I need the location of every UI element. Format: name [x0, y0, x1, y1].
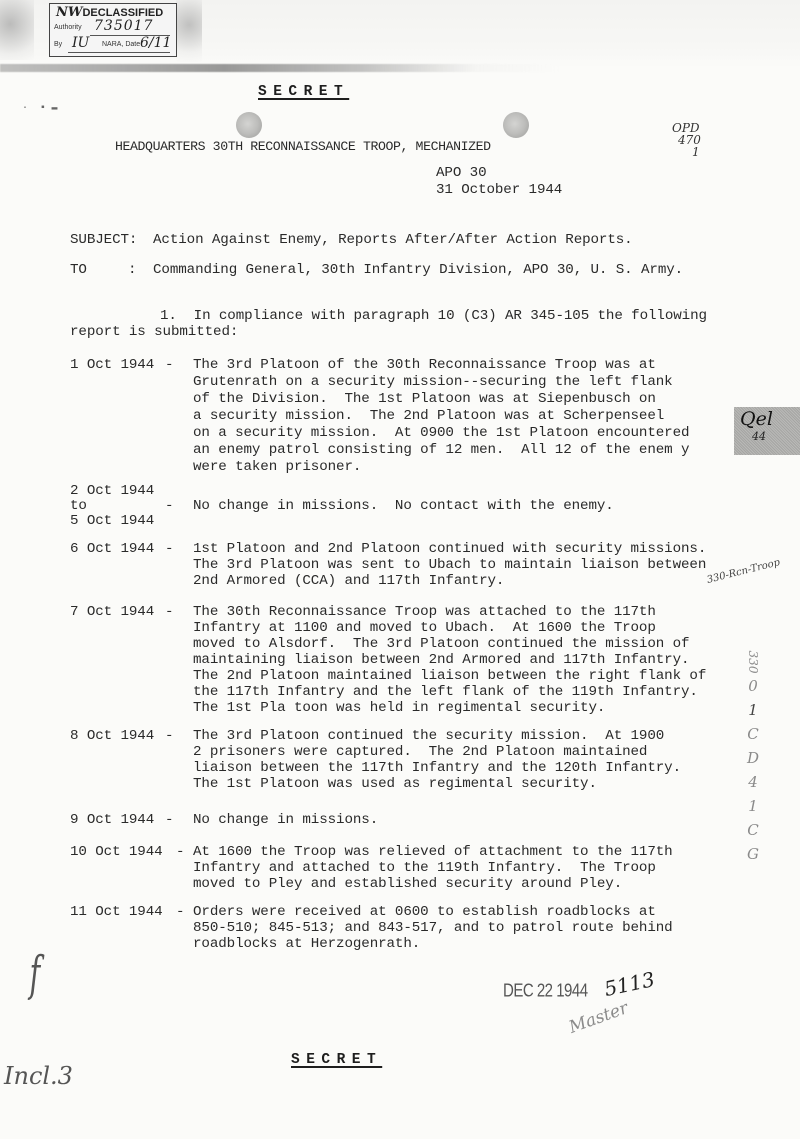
- paragraph-1-line-2: report is submitted:: [70, 323, 238, 342]
- side-tab-number: 44: [752, 430, 766, 443]
- memo-date: 31 October 1944: [436, 181, 562, 200]
- entry-line: 2nd Armored (CCA) and 117th Infantry.: [193, 572, 504, 591]
- scan-fold-line: [0, 64, 560, 72]
- classification-header: SECRET: [258, 84, 349, 100]
- subject-text: Action Against Enemy, Reports After/Afte…: [153, 231, 633, 250]
- punch-hole: [503, 112, 529, 138]
- entry-dash: -: [165, 497, 173, 516]
- file-digit: 0: [738, 674, 768, 698]
- stamp-by-value: IU: [72, 35, 89, 51]
- handwritten-inclosure-note: Incl.3: [4, 1062, 73, 1090]
- stamp-authority-label: Authority: [54, 24, 82, 31]
- handwritten-file-number: 5113: [602, 967, 657, 1001]
- scan-edge-shadow: [0, 0, 34, 60]
- received-date-stamp: DEC 22 1944: [503, 980, 588, 1001]
- scan-speck: · ▪ ▬: [22, 99, 57, 118]
- stamp-date-value: 6/11: [140, 35, 171, 51]
- entry-dash: -: [165, 603, 173, 622]
- entry-dash: -: [176, 843, 184, 862]
- handwritten-opd: OPD 470 1: [672, 122, 701, 158]
- file-digit: 4: [738, 770, 768, 794]
- entry-date: 6 Oct 1944: [70, 540, 154, 559]
- classification-label: SECRET: [291, 1052, 382, 1068]
- vertical-file-number: 330 0 1 C D 4 1 C G: [738, 650, 768, 866]
- handwritten-master-note: Master: [566, 998, 630, 1038]
- file-digit: 330: [741, 647, 765, 677]
- entry-dash: -: [165, 811, 173, 830]
- entry-line: No change in missions. No contact with t…: [193, 497, 614, 516]
- entry-date-end: 5 Oct 1944: [70, 512, 154, 531]
- to-label: TO: [70, 261, 87, 280]
- handwritten-scribble: 330-Rcn-Troop: [706, 557, 781, 586]
- stamp-underline: [68, 52, 170, 53]
- file-digit: 1: [738, 794, 768, 818]
- classification-label: SECRET: [258, 84, 349, 100]
- entry-date: 1 Oct 1944: [70, 356, 154, 375]
- scan-edge-shadow: [176, 0, 202, 62]
- entry-dash: -: [176, 903, 184, 922]
- stamp-prefix: NW: [56, 5, 82, 20]
- entry-line: No change in missions.: [193, 811, 378, 830]
- paragraph-1-line-1: 1. In compliance with paragraph 10 (C3) …: [160, 307, 707, 326]
- entry-date: 9 Oct 1944: [70, 811, 154, 830]
- stamp-nara-label: NARA, Date: [102, 41, 140, 48]
- handwritten-line: 1: [692, 146, 701, 158]
- to-text: Commanding General, 30th Infantry Divisi…: [153, 261, 683, 280]
- to-colon: :: [128, 261, 136, 280]
- side-tab-label: Qel: [740, 408, 773, 430]
- punch-hole: [236, 112, 262, 138]
- file-digit: C: [738, 818, 768, 842]
- file-digit: D: [738, 746, 768, 770]
- entry-dash: -: [165, 540, 173, 559]
- entry-line: moved to Pley and established security a…: [193, 875, 622, 894]
- entry-dash: -: [165, 727, 173, 746]
- unit-heading: HEADQUARTERS 30TH RECONNAISSANCE TROOP, …: [115, 137, 491, 156]
- entry-date: 10 Oct 1944: [70, 843, 163, 862]
- stamp-by-label: By: [54, 41, 62, 48]
- stamp-authority-value: 735017: [94, 18, 153, 34]
- file-digit: C: [738, 722, 768, 746]
- entry-dash: -: [165, 356, 173, 375]
- file-digit: G: [738, 842, 768, 866]
- handwritten-initial: f: [30, 944, 41, 1004]
- entry-line: The 1st Platoon was used as regimental s…: [193, 775, 597, 794]
- subject-label: SUBJECT:: [70, 231, 137, 250]
- entry-line: were taken prisoner.: [193, 458, 361, 477]
- entry-date: 8 Oct 1944: [70, 727, 154, 746]
- entry-date: 11 Oct 1944: [70, 903, 163, 922]
- entry-date: 7 Oct 1944: [70, 603, 154, 622]
- declassified-stamp: NWDECLASSIFIED Authority 735017 By IU NA…: [49, 3, 177, 57]
- file-digit: 1: [738, 698, 768, 722]
- classification-footer: SECRET: [291, 1052, 382, 1068]
- entry-line: roadblocks at Herzogenrath.: [193, 935, 420, 954]
- entry-line: The 1st Pla toon was held in regimental …: [193, 699, 605, 718]
